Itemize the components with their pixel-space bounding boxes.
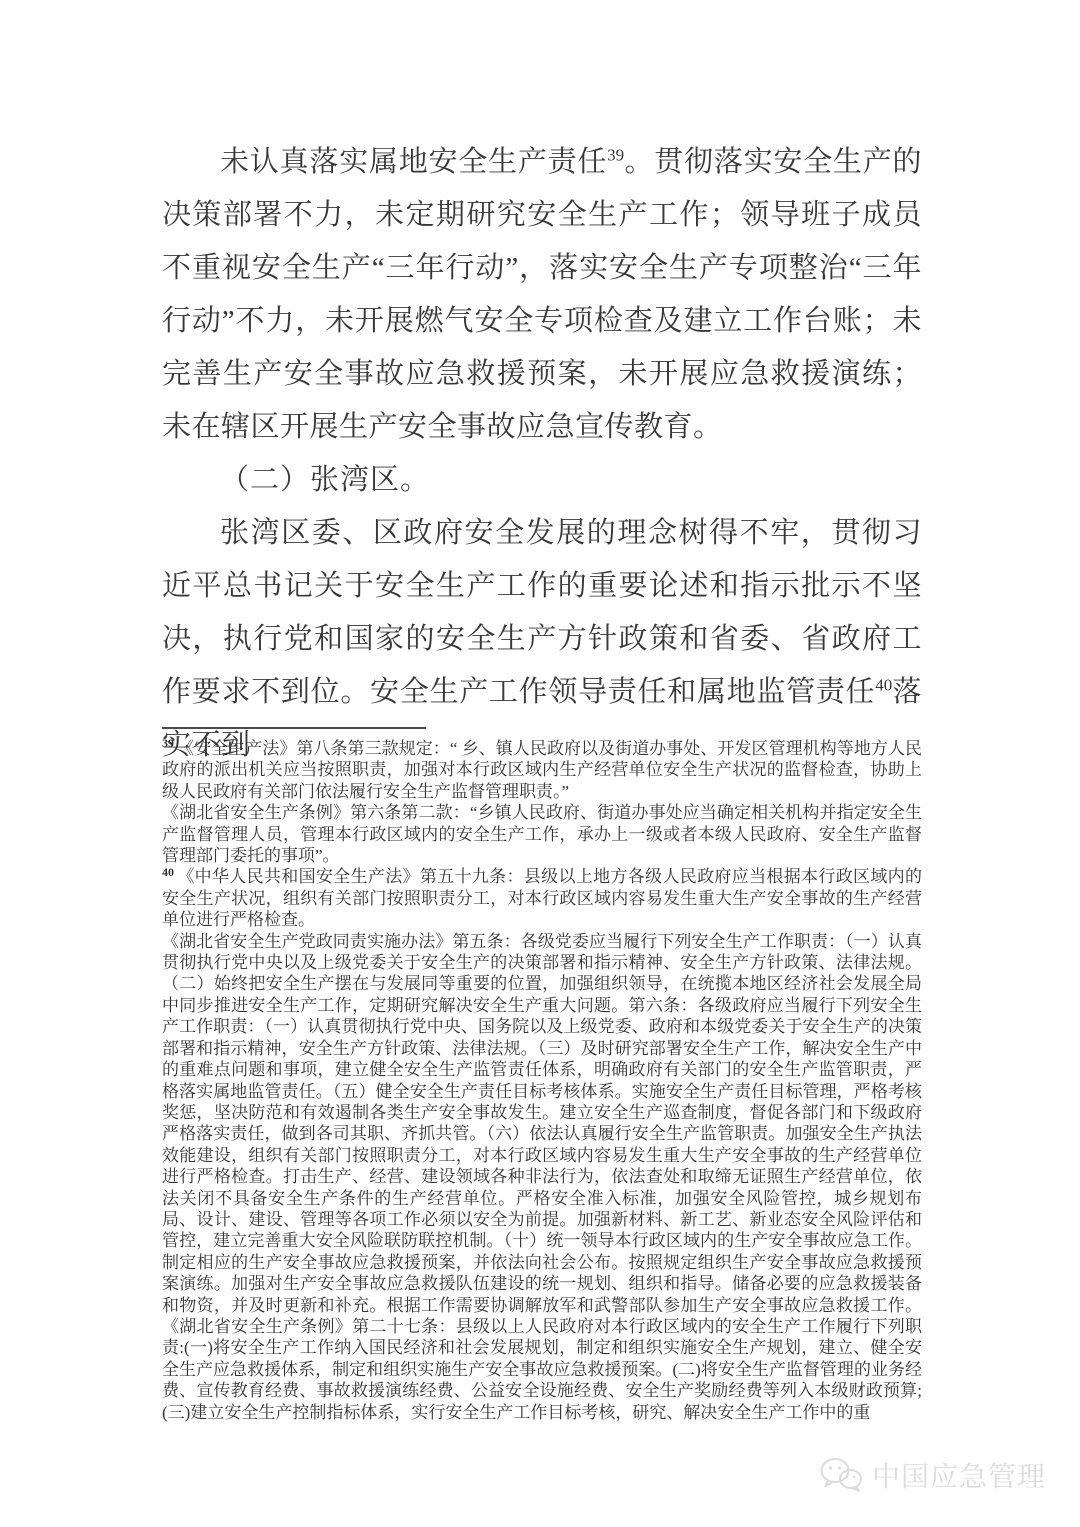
watermark: 中国应急管理 — [819, 1455, 1046, 1495]
footnote-text: 《安全生产法》第八条第三款规定：“ 乡、镇人民政府以及街道办事处、开发区管理机构… — [162, 739, 922, 801]
document-page: 未认真落实属地安全生产责任39。贯彻落实安全生产的决策部署不力，未定期研究安全生… — [0, 0, 1080, 1527]
footnote-separator — [162, 727, 426, 729]
body-text-run: 。贯彻落实安全生产的决策部署不力，未定期研究安全生产工作；领导班子成员不重视安全… — [162, 146, 922, 443]
footnote-marker: 39 — [162, 736, 174, 750]
footnote-text: 《湖北省安全生产党政同责实施办法》第五条：各级党委应当履行下列安全生产工作职责：… — [162, 932, 922, 1422]
footnote-ref-39: 39 — [607, 145, 624, 164]
section-heading-label: （二）张湾区。 — [220, 464, 430, 496]
footnote-paragraph: 《湖北省安全生产党政同责实施办法》第五条：各级党委应当履行下列安全生产工作职责：… — [162, 931, 922, 1423]
body-text-run: 张湾区委、区政府安全发展的理念树得不牢，贯彻习近平总书记关于安全生产工作的重要论… — [162, 517, 922, 708]
footnote-paragraph: 《湖北省安全生产条例》第六条第二款：“乡镇人民政府、街道办事处应当确定相关机构并… — [162, 802, 922, 866]
footnote-ref-40: 40 — [875, 675, 892, 694]
section-heading: （二）张湾区。 — [162, 454, 922, 507]
wechat-icon — [819, 1456, 863, 1494]
footnote-39: 39《安全生产法》第八条第三款规定：“ 乡、镇人民政府以及街道办事处、开发区管理… — [162, 738, 922, 866]
body-text-run: 未认真落实属地安全生产责任 — [220, 146, 607, 178]
footnote-40: 40《中华人民共和国安全生产法》第五十九条：县级以上地方各级人民政府应当根据本行… — [162, 866, 922, 1423]
document-body: 未认真落实属地安全生产责任39。贯彻落实安全生产的决策部署不力，未定期研究安全生… — [162, 136, 922, 772]
footnote-paragraph: 40《中华人民共和国安全生产法》第五十九条：县级以上地方各级人民政府应当根据本行… — [162, 866, 922, 930]
footnotes-section: 39《安全生产法》第八条第三款规定：“ 乡、镇人民政府以及街道办事处、开发区管理… — [162, 738, 922, 1423]
footnote-paragraph: 39《安全生产法》第八条第三款规定：“ 乡、镇人民政府以及街道办事处、开发区管理… — [162, 738, 922, 802]
watermark-label: 中国应急管理 — [872, 1455, 1046, 1495]
footnote-marker: 40 — [162, 865, 174, 879]
body-paragraph: 张湾区委、区政府安全发展的理念树得不牢，贯彻习近平总书记关于安全生产工作的重要论… — [162, 507, 922, 772]
body-paragraph: 未认真落实属地安全生产责任39。贯彻落实安全生产的决策部署不力，未定期研究安全生… — [162, 136, 922, 454]
footnote-text: 《中华人民共和国安全生产法》第五十九条：县级以上地方各级人民政府应当根据本行政区… — [162, 867, 922, 929]
footnote-text: 《湖北省安全生产条例》第六条第二款：“乡镇人民政府、街道办事处应当确定相关机构并… — [162, 803, 922, 865]
